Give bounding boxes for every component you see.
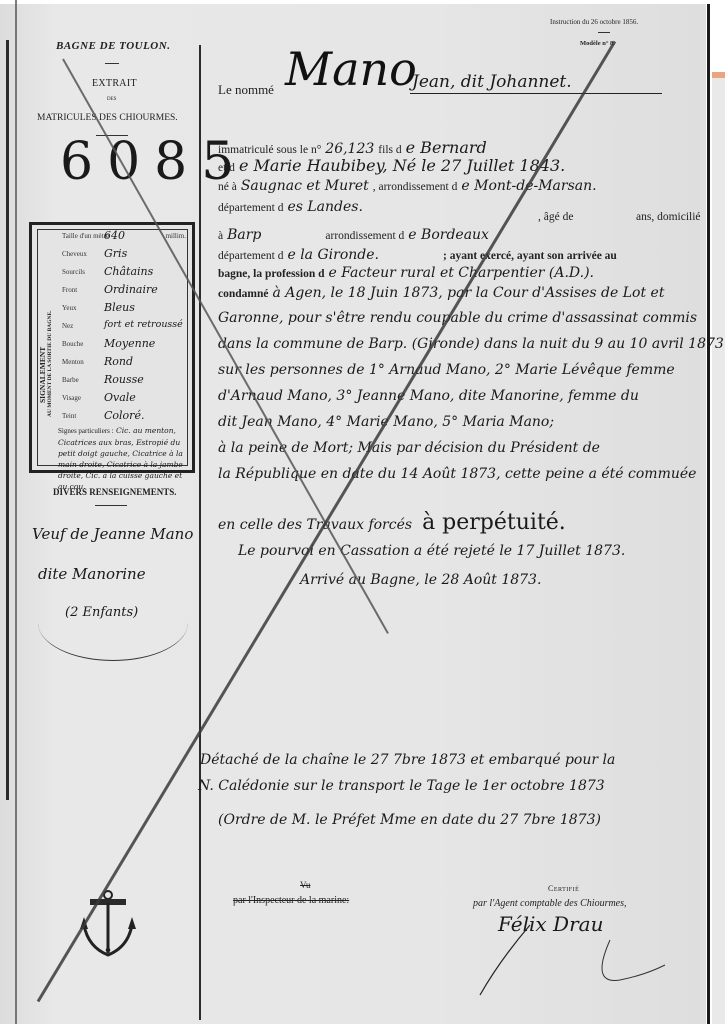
transfer-note: Détaché de la chaîne le 27 7bre 1873 et … xyxy=(200,752,615,768)
vu-label: Vu xyxy=(300,880,310,890)
surname: Mano xyxy=(285,42,417,96)
signalement-vertical-label: SIGNALEMENT AU MOMENT DE LA SORTIE DU BA… xyxy=(32,255,58,455)
inspector-label: par l'Inspecteur de la marine: xyxy=(233,895,349,906)
name-underline xyxy=(410,93,662,94)
sentence-line: Garonne, pour s'être rendu coupable du c… xyxy=(218,310,697,326)
extract-subtitle: MATRICULES DES CHIOURMES. xyxy=(37,113,178,123)
record-line-department: département d es Landes. , âgé de ans, d… xyxy=(218,198,658,216)
divers-line: Veuf de Jeanne Mano xyxy=(32,525,193,543)
signalement-row: BoucheMoyenne xyxy=(62,337,190,355)
arrival-line: Arrivé au Bagne, le 28 Août 1873. xyxy=(300,572,541,588)
record-line-mother: et d e Marie Haubibey, Né le 27 Juillet … xyxy=(218,156,565,176)
divider xyxy=(105,63,119,64)
bracket-arc xyxy=(38,585,188,661)
divers-title: DIVERS RENSEIGNEMENTS. xyxy=(53,487,177,497)
sentence-perpetuite: à perpétuité. xyxy=(422,510,566,535)
record-line-department2: département d e la Gironde. ; ayant exer… xyxy=(218,246,617,264)
transfer-note: N. Calédonie sur le transport le Tage le… xyxy=(198,778,605,794)
signalement-row: FrontOrdinaire xyxy=(62,283,190,301)
signalement-box: SIGNALEMENT AU MOMENT DE LA SORTIE DU BA… xyxy=(29,222,195,473)
extract-des: DES xyxy=(107,97,116,102)
signalement-title: SIGNALEMENT xyxy=(38,347,47,403)
next-page-edge xyxy=(712,72,725,1024)
signalement-notes: Signes particuliers : Cic. au menton, Ci… xyxy=(58,425,186,492)
instruction-note: Instruction du 26 octobre 1856. xyxy=(550,18,638,26)
record-line-profession: bagne, la profession d e Facteur rural e… xyxy=(218,264,594,282)
agent-label: par l'Agent comptable des Chiourmes, xyxy=(473,898,627,909)
page-right-border xyxy=(707,4,710,1024)
sentence-line: sur les personnes de 1° Arnaud Mano, 2° … xyxy=(218,362,675,378)
sentence-line: dans la commune de Barp. (Gironde) dans … xyxy=(218,336,724,352)
record-line-matricule: immatriculé sous le n° 26,123 fils d e B… xyxy=(218,138,487,158)
sentence-line: d'Arnaud Mano, 3° Jeanne Mano, dite Mano… xyxy=(218,388,639,404)
transfer-note: (Ordre de M. le Préfet Mme en date du 27… xyxy=(218,812,601,828)
signature-flourish xyxy=(470,920,670,1000)
record-line-birthplace: né à Saugnac et Muret , arrondissement d… xyxy=(218,177,597,195)
signalement-subtitle: AU MOMENT DE LA SORTIE DU BAGNE. xyxy=(47,310,53,417)
given-names: Jean, dit Johannet. xyxy=(412,72,572,92)
record-line-condamne: condamné à Agen, le 18 Juin 1873, par la… xyxy=(218,284,664,302)
sentence-final-line: en celle des Travaux forcés à perpétuité… xyxy=(218,510,566,535)
divider xyxy=(598,32,610,33)
sentence-line: la République en date du 14 Août 1873, c… xyxy=(218,466,696,482)
record-line-domicile: à Barp arrondissement d e Bordeaux xyxy=(218,226,489,244)
signalement-rows: Taille d'un mètre640millim. CheveuxGris … xyxy=(62,229,190,427)
signalement-row: VisageOvale xyxy=(62,391,190,409)
appeal-line: Le pourvoi en Cassation a été rejeté le … xyxy=(238,543,625,559)
divider xyxy=(95,505,127,506)
signalement-row: SourcilsChâtains xyxy=(62,265,190,283)
signalement-row: YeuxBleus xyxy=(62,301,190,319)
divers-line: dite Manorine xyxy=(38,565,146,583)
le-nomme-label: Le nommé xyxy=(218,82,274,98)
left-binding xyxy=(0,0,26,1024)
sentence-line: à la peine de Mort; Mais par décision du… xyxy=(218,440,600,456)
extract-title: EXTRAIT xyxy=(92,78,137,89)
page-tab-marker xyxy=(712,72,725,78)
signalement-row: Taille d'un mètre640millim. xyxy=(62,229,190,247)
signalement-row: BarbeRousse xyxy=(62,373,190,391)
signalement-row: Nezfort et retroussé xyxy=(62,319,190,337)
institution-title: BAGNE DE TOULON. xyxy=(56,40,170,52)
signalement-row: MentonRond xyxy=(62,355,190,373)
certifie-label: Certifié xyxy=(548,884,579,893)
